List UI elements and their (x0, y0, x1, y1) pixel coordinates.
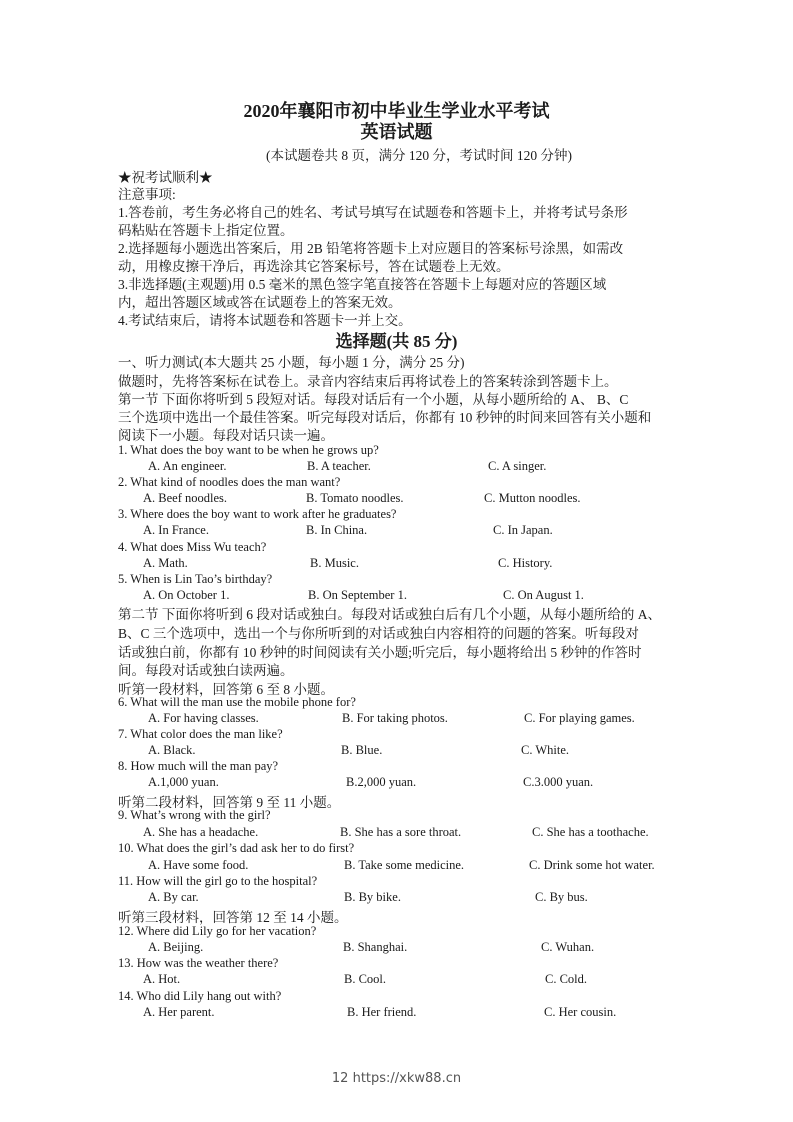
option-c: C. History. (498, 556, 552, 571)
part1-instruction: 做题时，先将答案标在试卷上。录音内容结束后再将试卷上的答案转涂到答题卡上。 (118, 370, 618, 390)
option-b: B.2,000 yuan. (346, 775, 416, 790)
question: 5. When is Lin Tao’s birthday? (118, 572, 272, 587)
section2-line: 话或独白前，你都有 10 秒钟的时间阅读有关小题;听完后，每小题将给出 5 秒钟… (118, 641, 642, 661)
option-b: B. Music. (310, 556, 359, 571)
question: 2. What kind of noodles does the man wan… (118, 475, 340, 490)
option-a: A. She has a headache. (143, 825, 258, 840)
question: 13. How was the weather there? (118, 956, 278, 971)
option-a: A. By car. (148, 890, 199, 905)
option-b: B. Cool. (344, 972, 386, 987)
option-a: A. Have some food. (148, 858, 248, 873)
section2-line: 间。每段对话或独白读两遍。 (118, 659, 294, 679)
notice-line: 1.答卷前，考生务必将自己的姓名、考试号填写在试题卷和答题卡上，并将考试号条形 (118, 201, 628, 221)
option-b: B. She has a sore throat. (340, 825, 461, 840)
notice-heading: 注意事项: (118, 183, 176, 203)
option-a: A.1,000 yuan. (148, 775, 219, 790)
notice-line: 码粘贴在答题卡上指定位置。 (118, 219, 294, 239)
option-b: B. Take some medicine. (344, 858, 464, 873)
option-a: A. Her parent. (143, 1005, 215, 1020)
question: 12. Where did Lily go for her vacation? (118, 924, 316, 939)
option-a: A. An engineer. (148, 459, 226, 474)
material-heading: 听第三段材料，回答第 12 至 14 小题。 (118, 906, 348, 926)
question: 8. How much will the man pay? (118, 759, 278, 774)
question: 14. Who did Lily hang out with? (118, 989, 281, 1004)
question: 1. What does the boy want to be when he … (118, 443, 379, 458)
option-a: A. Black. (148, 743, 196, 758)
notice-line: 2.选择题每小题选出答案后，用 2B 铅笔将答题卡上对应题目的答案标号涂黑，如需… (118, 237, 623, 257)
option-c: C. By bus. (535, 890, 588, 905)
notice-line: 3.非选择题(主观题)用 0.5 毫米的黑色签字笔直接答在答题卡上每题对应的答题… (118, 273, 606, 293)
question: 4. What does Miss Wu teach? (118, 540, 266, 555)
option-a: A. For having classes. (148, 711, 259, 726)
exam-page: 2020年襄阳市初中毕业生学业水平考试 英语试题 (本试题卷共 8 页，满分 1… (0, 0, 793, 1122)
option-b: B. In China. (306, 523, 367, 538)
option-b: B. Her friend. (347, 1005, 416, 1020)
notice-line: 4.考试结束后，请将本试题卷和答题卡一并上交。 (118, 309, 412, 329)
notice-line: 内，超出答题区域或答在试题卷上的答案无效。 (118, 291, 402, 311)
question: 3. Where does the boy want to work after… (118, 507, 397, 522)
question: 6. What will the man use the mobile phon… (118, 695, 356, 710)
option-c: C.3.000 yuan. (523, 775, 593, 790)
question: 9. What’s wrong with the girl? (118, 808, 271, 823)
question: 11. How will the girl go to the hospital… (118, 874, 317, 889)
option-c: C. Drink some hot water. (529, 858, 655, 873)
option-a: A. On October 1. (143, 588, 229, 603)
option-b: B. Blue. (341, 743, 382, 758)
option-c: C. In Japan. (493, 523, 553, 538)
option-c: C. White. (521, 743, 569, 758)
option-b: B. By bike. (344, 890, 401, 905)
option-c: C. A singer. (488, 459, 546, 474)
notice-line: 动，用橡皮擦干净后，再选涂其它答案标号，答在试题卷上无效。 (118, 255, 510, 275)
exam-subject: 英语试题 (0, 118, 793, 144)
option-b: B. Shanghai. (343, 940, 407, 955)
option-a: A. Math. (143, 556, 188, 571)
section2-line: 第二节 下面你将听到 6 段对话或独白。每段对话或独白后有几个小题，从每小题所给… (118, 603, 661, 623)
option-a: A. Beef noodles. (143, 491, 227, 506)
option-a: A. Beijing. (148, 940, 203, 955)
option-a: A. In France. (143, 523, 209, 538)
section2-line: B、C 三个选项中，选出一个与你所听到的对话或独白内容相符的问题的答案。听每段对 (118, 622, 639, 642)
section1-line: 阅读下一小题。每段对话只读一遍。 (118, 424, 334, 444)
option-c: C. She has a toothache. (532, 825, 649, 840)
page-footer: 12 https://xkw88.cn (0, 1071, 793, 1086)
question: 7. What color does the man like? (118, 727, 283, 742)
option-c: C. Mutton noodles. (484, 491, 581, 506)
option-c: C. Wuhan. (541, 940, 594, 955)
section1-line: 三个选项中选出一个最佳答案。听完每段对话后，你都有 10 秒钟的时间来回答有关小… (118, 406, 651, 426)
section1-line: 第一节 下面你将听到 5 段短对话。每段对话后有一个小题，从每小题所给的 A、 … (118, 388, 628, 408)
option-b: B. A teacher. (307, 459, 371, 474)
option-b: B. Tomato noodles. (306, 491, 404, 506)
question: 10. What does the girl’s dad ask her to … (118, 841, 354, 856)
option-a: A. Hot. (143, 972, 180, 987)
option-b: B. On September 1. (308, 588, 407, 603)
option-c: C. Her cousin. (544, 1005, 616, 1020)
option-c: C. For playing games. (524, 711, 635, 726)
part1-title: 一、听力测试(本大题共 25 小题，每小题 1 分，满分 25 分) (118, 351, 465, 371)
option-c: C. On August 1. (503, 588, 584, 603)
option-b: B. For taking photos. (342, 711, 448, 726)
exam-info: (本试题卷共 8 页，满分 120 分，考试时间 120 分钟) (0, 144, 793, 164)
option-c: C. Cold. (545, 972, 587, 987)
section-title: 选择题(共 85 分) (0, 327, 793, 352)
